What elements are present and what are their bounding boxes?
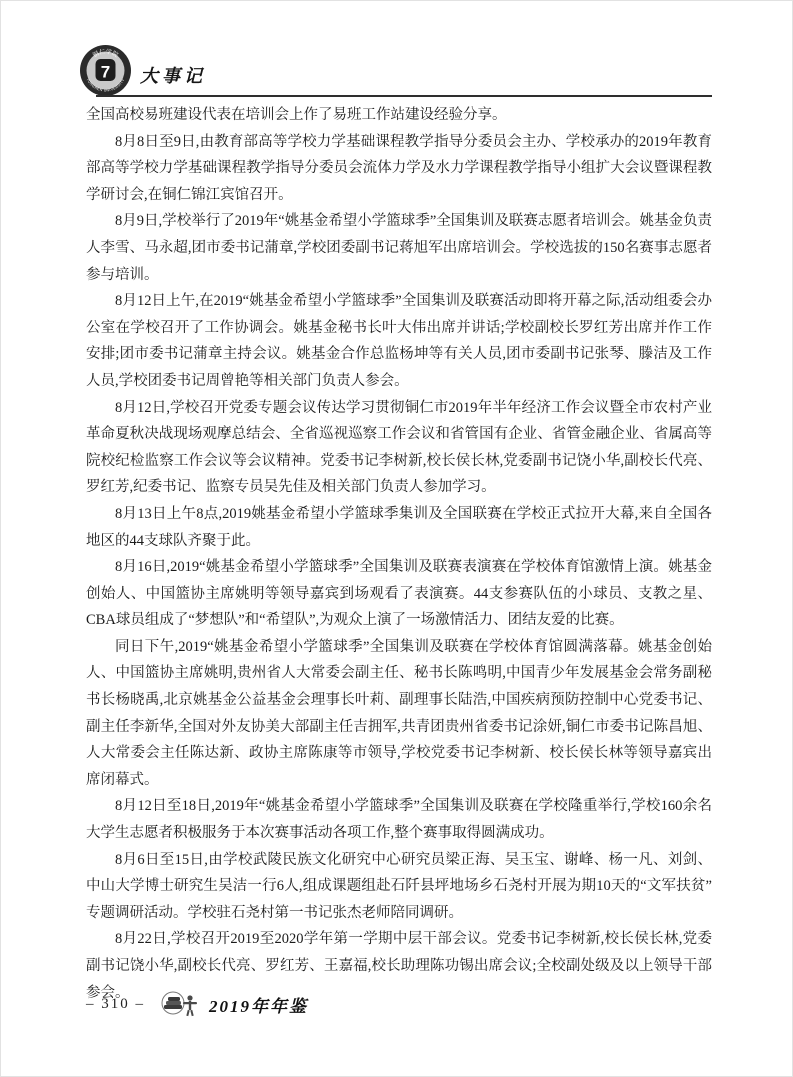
paragraph: 8月16日,2019“姚基金希望小学篮球季”全国集训及联赛表演赛在学校体育馆激情… [86, 554, 712, 634]
paragraph: 8月13日上午8点,2019姚基金希望小学篮球季集训及全国联赛在学校正式拉开大幕… [86, 501, 712, 554]
university-logo-icon: 7 铜仁学院 TONGREN UNIVERSITY [79, 44, 132, 97]
svg-text:7: 7 [101, 63, 110, 82]
body-text: 全国高校易班建设代表在培训会上作了易班工作站建设经验分享。 8月8日至9日,由教… [86, 102, 712, 1006]
paragraph: 全国高校易班建设代表在培训会上作了易班工作站建设经验分享。 [86, 102, 712, 129]
document-page: 7 铜仁学院 TONGREN UNIVERSITY 大事记 全国高校易班建设代表… [0, 0, 793, 1077]
yearbook-logo-icon [159, 989, 201, 1019]
paragraph: 8月6日至15日,由学校武陵民族文化研究中心研究员梁正海、吴玉宝、谢峰、杨一凡、… [86, 847, 712, 927]
page-number: – 310 – [86, 996, 145, 1013]
header-rule [96, 95, 712, 97]
section-title: 大事记 [140, 62, 206, 88]
paragraph: 8月12日,学校召开党委专题会议传达学习贯彻铜仁市2019年半年经济工作会议暨全… [86, 395, 712, 501]
page-footer: – 310 – 2019年年鉴 [86, 986, 712, 1022]
paragraph: 8月9日,学校举行了2019年“姚基金希望小学篮球季”全国集训及联赛志愿者培训会… [86, 208, 712, 288]
yearbook-title: 2019年年鉴 [209, 992, 308, 1017]
paragraph: 8月12日上午,在2019“姚基金希望小学篮球季”全国集训及联赛活动即将开幕之际… [86, 288, 712, 394]
paragraph: 同日下午,2019“姚基金希望小学篮球季”全国集训及联赛在学校体育馆圆满落幕。姚… [86, 634, 712, 794]
paragraph: 8月8日至9日,由教育部高等学校力学基础课程教学指导分委员会主办、学校承办的20… [86, 129, 712, 209]
page-header: 7 铜仁学院 TONGREN UNIVERSITY 大事记 [1, 1, 792, 101]
paragraph: 8月12日至18日,2019年“姚基金希望小学篮球季”全国集训及联赛在学校隆重举… [86, 793, 712, 846]
